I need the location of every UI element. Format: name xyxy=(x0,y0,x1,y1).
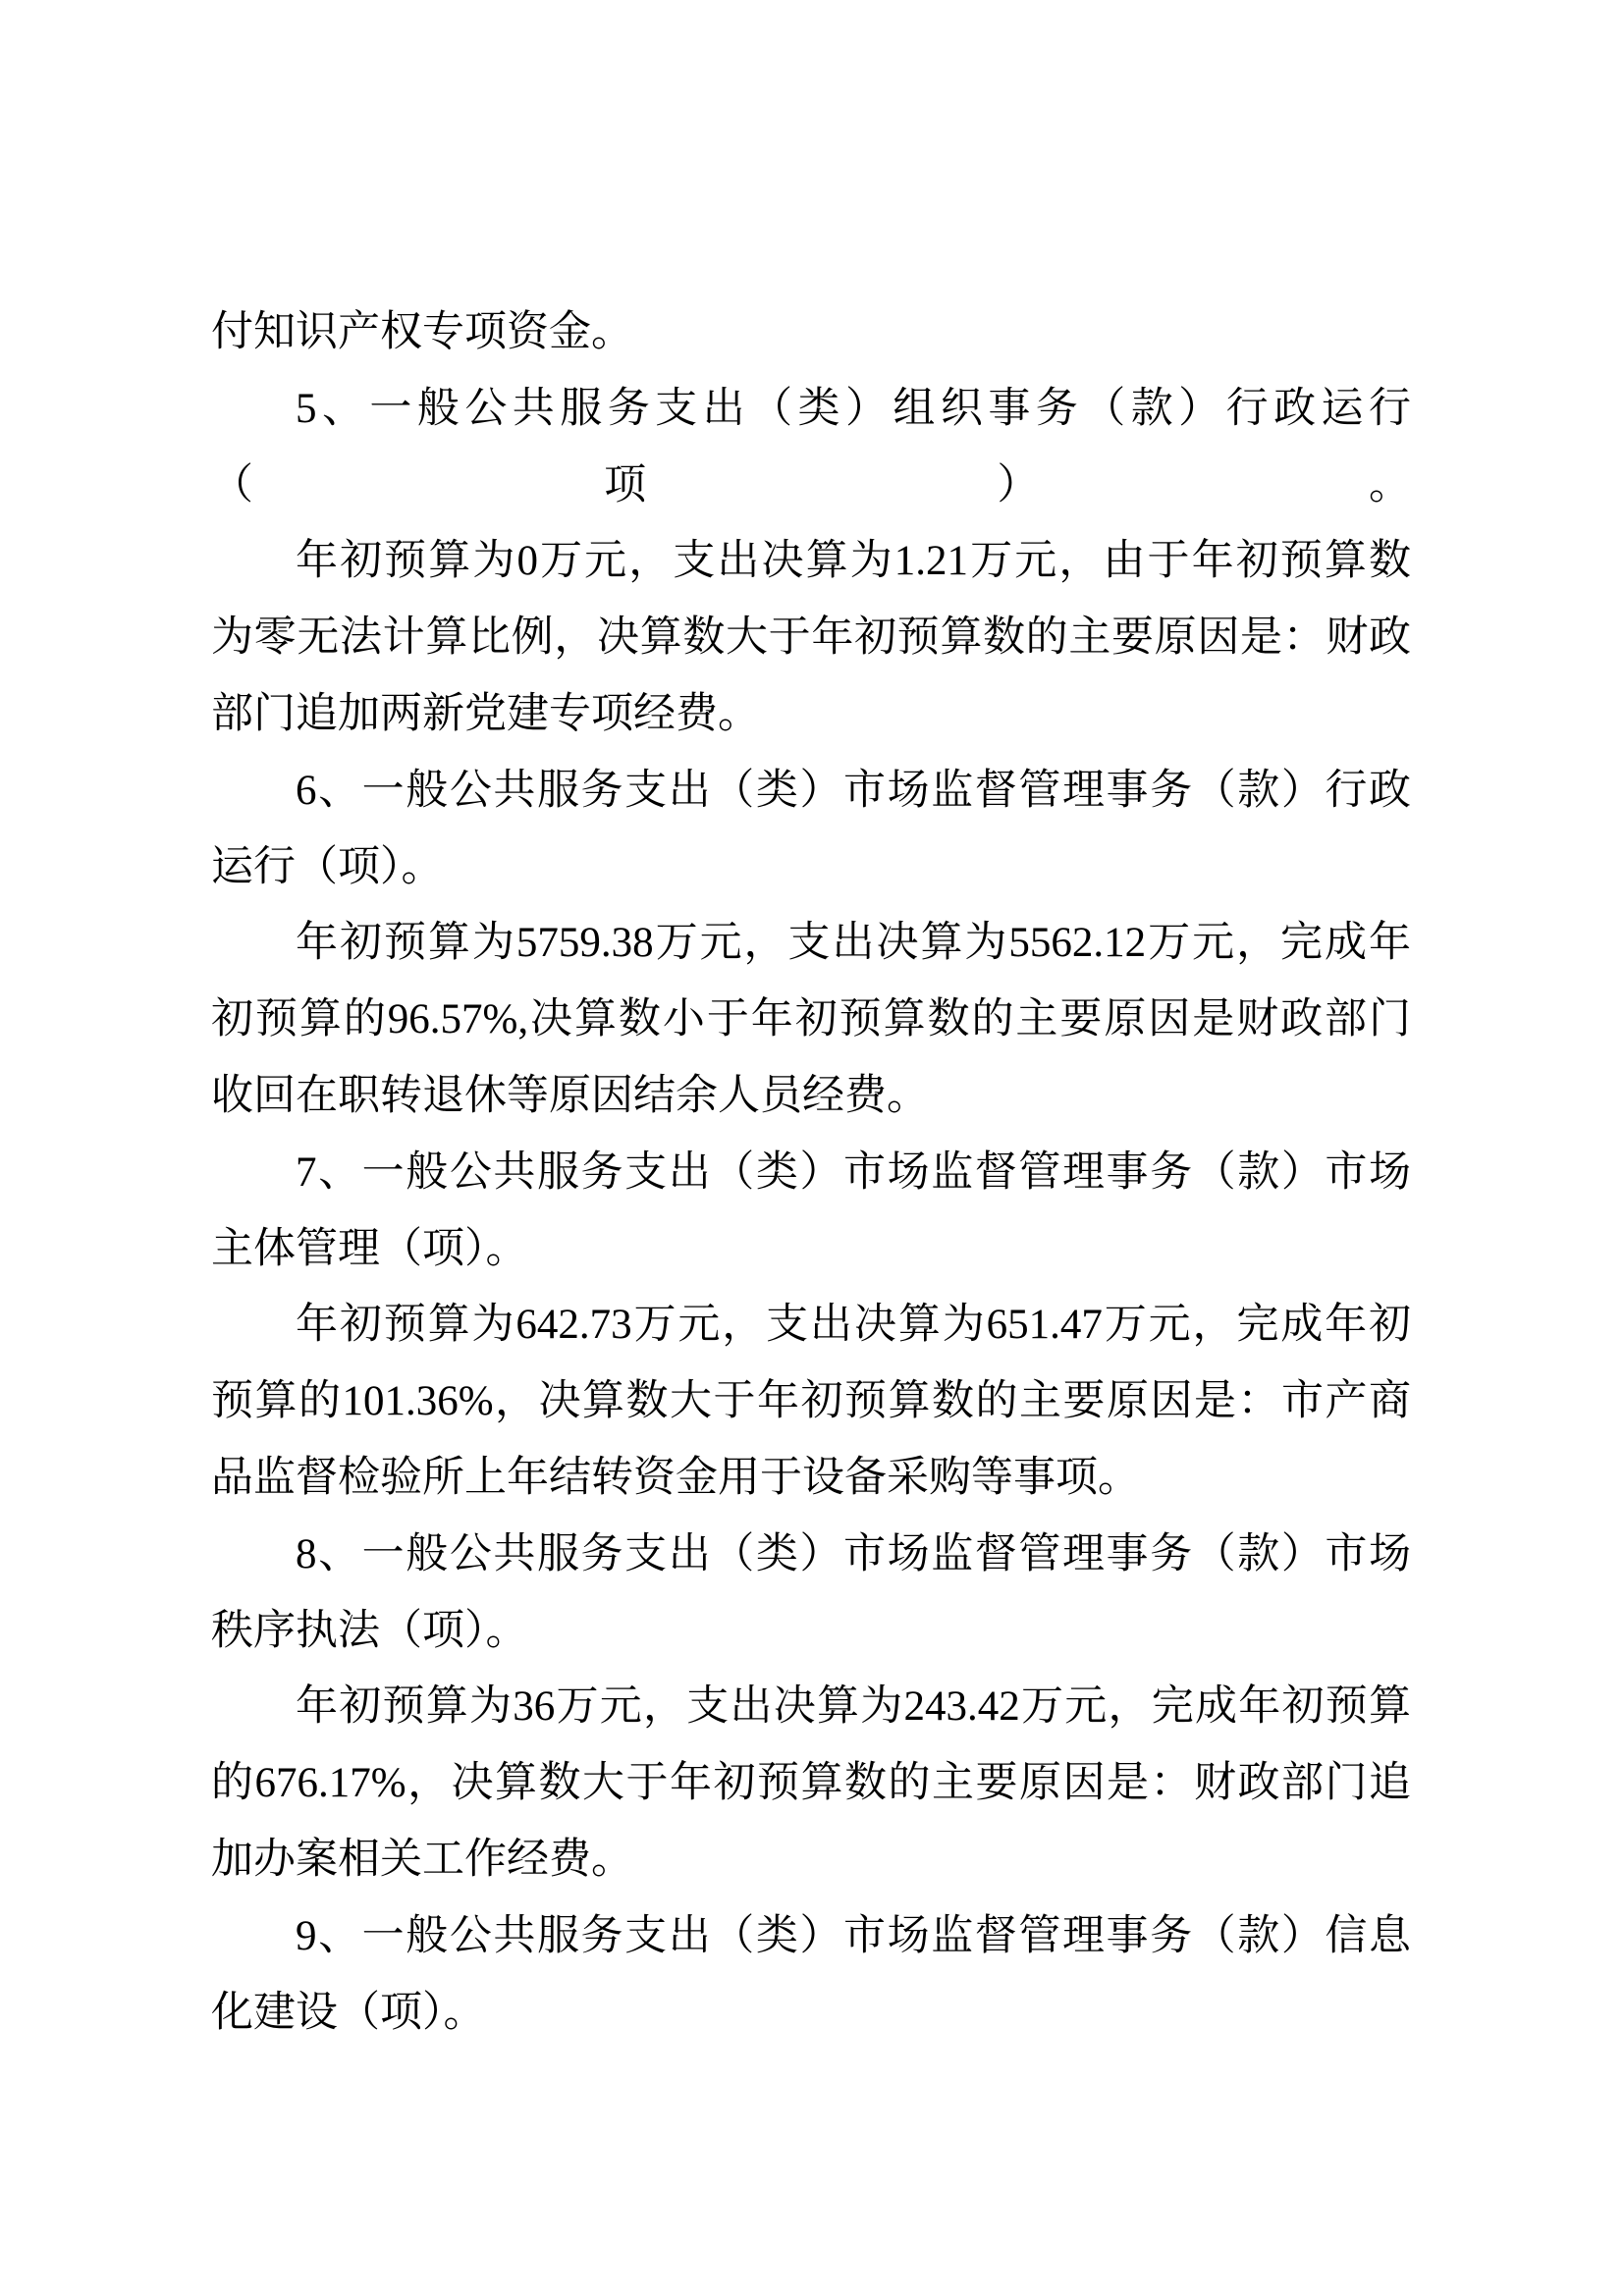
text-line: 预算的101.36%，决算数大于年初预算数的主要原因是：市产商 xyxy=(211,1363,1411,1440)
document-page: 付知识产权专项资金。 5、一般公共服务支出（类）组织事务（款）行政运行（项）。 … xyxy=(0,0,1624,2296)
text-line: 运行（项）。 xyxy=(211,829,1411,906)
paragraph-item-7-detail: 年初预算为642.73万元，支出决算为651.47万元，完成年初 预算的101.… xyxy=(211,1287,1411,1516)
text-line: 年初预算为0万元，支出决算为1.21万元，由于年初预算数 xyxy=(211,523,1411,600)
text-line: 主体管理（项）。 xyxy=(211,1211,1411,1288)
text-line: 5、一般公共服务支出（类）组织事务（款）行政运行（项）。 xyxy=(211,371,1411,524)
text-line: 8、一般公共服务支出（类）市场监督管理事务（款）市场 xyxy=(211,1517,1411,1593)
text-line: 年初预算为36万元，支出决算为243.42万元，完成年初预算 xyxy=(211,1669,1411,1745)
paragraph-item-9-heading: 9、一般公共服务支出（类）市场监督管理事务（款）信息 化建设（项）。 xyxy=(211,1898,1411,2052)
text-line: 部门追加两新党建专项经费。 xyxy=(211,676,1411,753)
text-line: 为零无法计算比例，决算数大于年初预算数的主要原因是：财政 xyxy=(211,600,1411,676)
paragraph-continuation: 付知识产权专项资金。 xyxy=(211,294,1411,371)
text-line: 秩序执法（项）。 xyxy=(211,1593,1411,1670)
text-line: 7、一般公共服务支出（类）市场监督管理事务（款）市场 xyxy=(211,1135,1411,1211)
paragraph-item-5-heading: 5、一般公共服务支出（类）组织事务（款）行政运行（项）。 xyxy=(211,371,1411,524)
paragraph-item-8-heading: 8、一般公共服务支出（类）市场监督管理事务（款）市场 秩序执法（项）。 xyxy=(211,1517,1411,1670)
paragraph-item-6-detail: 年初预算为5759.38万元，支出决算为5562.12万元，完成年 初预算的96… xyxy=(211,905,1411,1134)
text-line: 年初预算为5759.38万元，支出决算为5562.12万元，完成年 xyxy=(211,905,1411,982)
text-line: 品监督检验所上年结转资金用于设备采购等事项。 xyxy=(211,1440,1411,1517)
text-line: 6、一般公共服务支出（类）市场监督管理事务（款）行政 xyxy=(211,753,1411,829)
paragraph-item-8-detail: 年初预算为36万元，支出决算为243.42万元，完成年初预算 的676.17%，… xyxy=(211,1669,1411,1897)
paragraph-item-5-detail: 年初预算为0万元，支出决算为1.21万元，由于年初预算数 为零无法计算比例，决算… xyxy=(211,523,1411,752)
text-line: 初预算的96.57%,决算数小于年初预算数的主要原因是财政部门 xyxy=(211,982,1411,1058)
text-line: 付知识产权专项资金。 xyxy=(211,294,1411,371)
paragraph-item-6-heading: 6、一般公共服务支出（类）市场监督管理事务（款）行政 运行（项）。 xyxy=(211,753,1411,906)
text-line: 9、一般公共服务支出（类）市场监督管理事务（款）信息 xyxy=(211,1898,1411,1975)
text-line: 的676.17%，决算数大于年初预算数的主要原因是：财政部门追 xyxy=(211,1745,1411,1822)
text-block: 付知识产权专项资金。 5、一般公共服务支出（类）组织事务（款）行政运行（项）。 … xyxy=(211,294,1411,2051)
text-line: 加办案相关工作经费。 xyxy=(211,1822,1411,1898)
text-line: 收回在职转退休等原因结余人员经费。 xyxy=(211,1058,1411,1135)
text-line: 化建设（项）。 xyxy=(211,1975,1411,2052)
paragraph-item-7-heading: 7、一般公共服务支出（类）市场监督管理事务（款）市场 主体管理（项）。 xyxy=(211,1135,1411,1288)
text-line: 年初预算为642.73万元，支出决算为651.47万元，完成年初 xyxy=(211,1287,1411,1363)
